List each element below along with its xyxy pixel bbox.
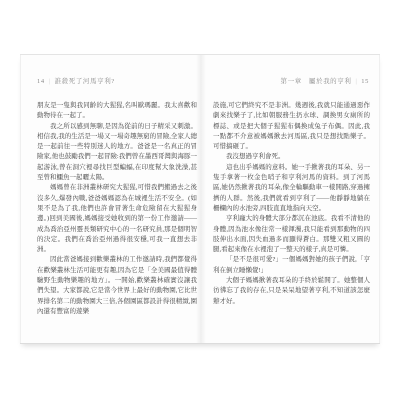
- right-page-body: 設施,可它們終究不是非洲。幾週後,我就只能通過惡作劇來找樂子了,比如朝服務生扔水…: [213, 101, 370, 307]
- book-title-running-head: 誰殺死了河馬亨利?: [55, 78, 115, 85]
- running-head-right: 第一章 屬於我的亨利|15: [280, 77, 369, 87]
- body-paragraph: 媽媽曾在非洲叢林研究大猩猩,可惜我們搬過去之後沒多久,爆發內戰,爸爸媽媽認為在城…: [37, 183, 197, 255]
- body-paragraph: 亨利龐大的身體大部分都沉在池底。我看不清他的身體,因為池水像往常一樣渾濁,我只能…: [213, 214, 370, 255]
- page-number-left: 14: [37, 78, 45, 85]
- header-divider-left: |: [49, 79, 51, 85]
- body-paragraph: 這也出乎媽媽的意料。她一手揪著我的耳朵、另一隻手拿著一枚金色哨子和亨利河馬的資料…: [213, 163, 370, 214]
- bookstore-product-image: { "book": { "colors": { "body_text": "#3…: [0, 0, 400, 400]
- header-divider-right: |: [355, 79, 357, 85]
- page-edge-right: [379, 55, 380, 343]
- body-paragraph: 朋友是一隻與我同齡的大猩猩,名叫歐瑪麗。我太喜歡和動物待在一起了。: [37, 101, 197, 122]
- body-paragraph: 我沒想過亨利會死。: [213, 152, 370, 162]
- page-edge-left: [20, 55, 21, 343]
- running-head-left: 14|誰殺死了河馬亨利?: [37, 77, 115, 87]
- page-number-right: 15: [361, 78, 369, 85]
- book-spread: 14|誰殺死了河馬亨利? 朋友是一隻與我同齡的大猩猩,名叫歐瑪麗。我太喜歡和動物…: [20, 54, 380, 344]
- body-paragraph: 因此當爸媽接到歡樂叢林的工作邀請時,我們都覺得在歡樂叢林生活可能更有趣,因為它是…: [37, 255, 197, 317]
- body-paragraph: 設施,可它們終究不是非洲。幾週後,我就只能通過惡作劇來找樂子了,比如朝服務生扔水…: [213, 101, 370, 152]
- book-gutter: [196, 55, 206, 343]
- body-paragraph: 大個子媽媽揪著我耳朵的手終於鬆開了。她整個人彷彿忘了我的存在,只是呆呆地望著亨利…: [213, 276, 370, 307]
- left-page-body: 朋友是一隻與我同齡的大猩猩,名叫歐瑪麗。我太喜歡和動物待在一起了。我之所以感到無…: [37, 101, 197, 317]
- body-paragraph: 我之所以感到無聊,是因為從前的日子精采又刺激。相信我,我的生活是一場又一場奇趣無…: [37, 122, 197, 184]
- body-paragraph: 「是不是很可愛?」一個媽媽對她的孩子們說,「亨利在倒立睡懶覺!」: [213, 255, 370, 276]
- chapter-title-running-head: 第一章 屬於我的亨利: [280, 78, 351, 85]
